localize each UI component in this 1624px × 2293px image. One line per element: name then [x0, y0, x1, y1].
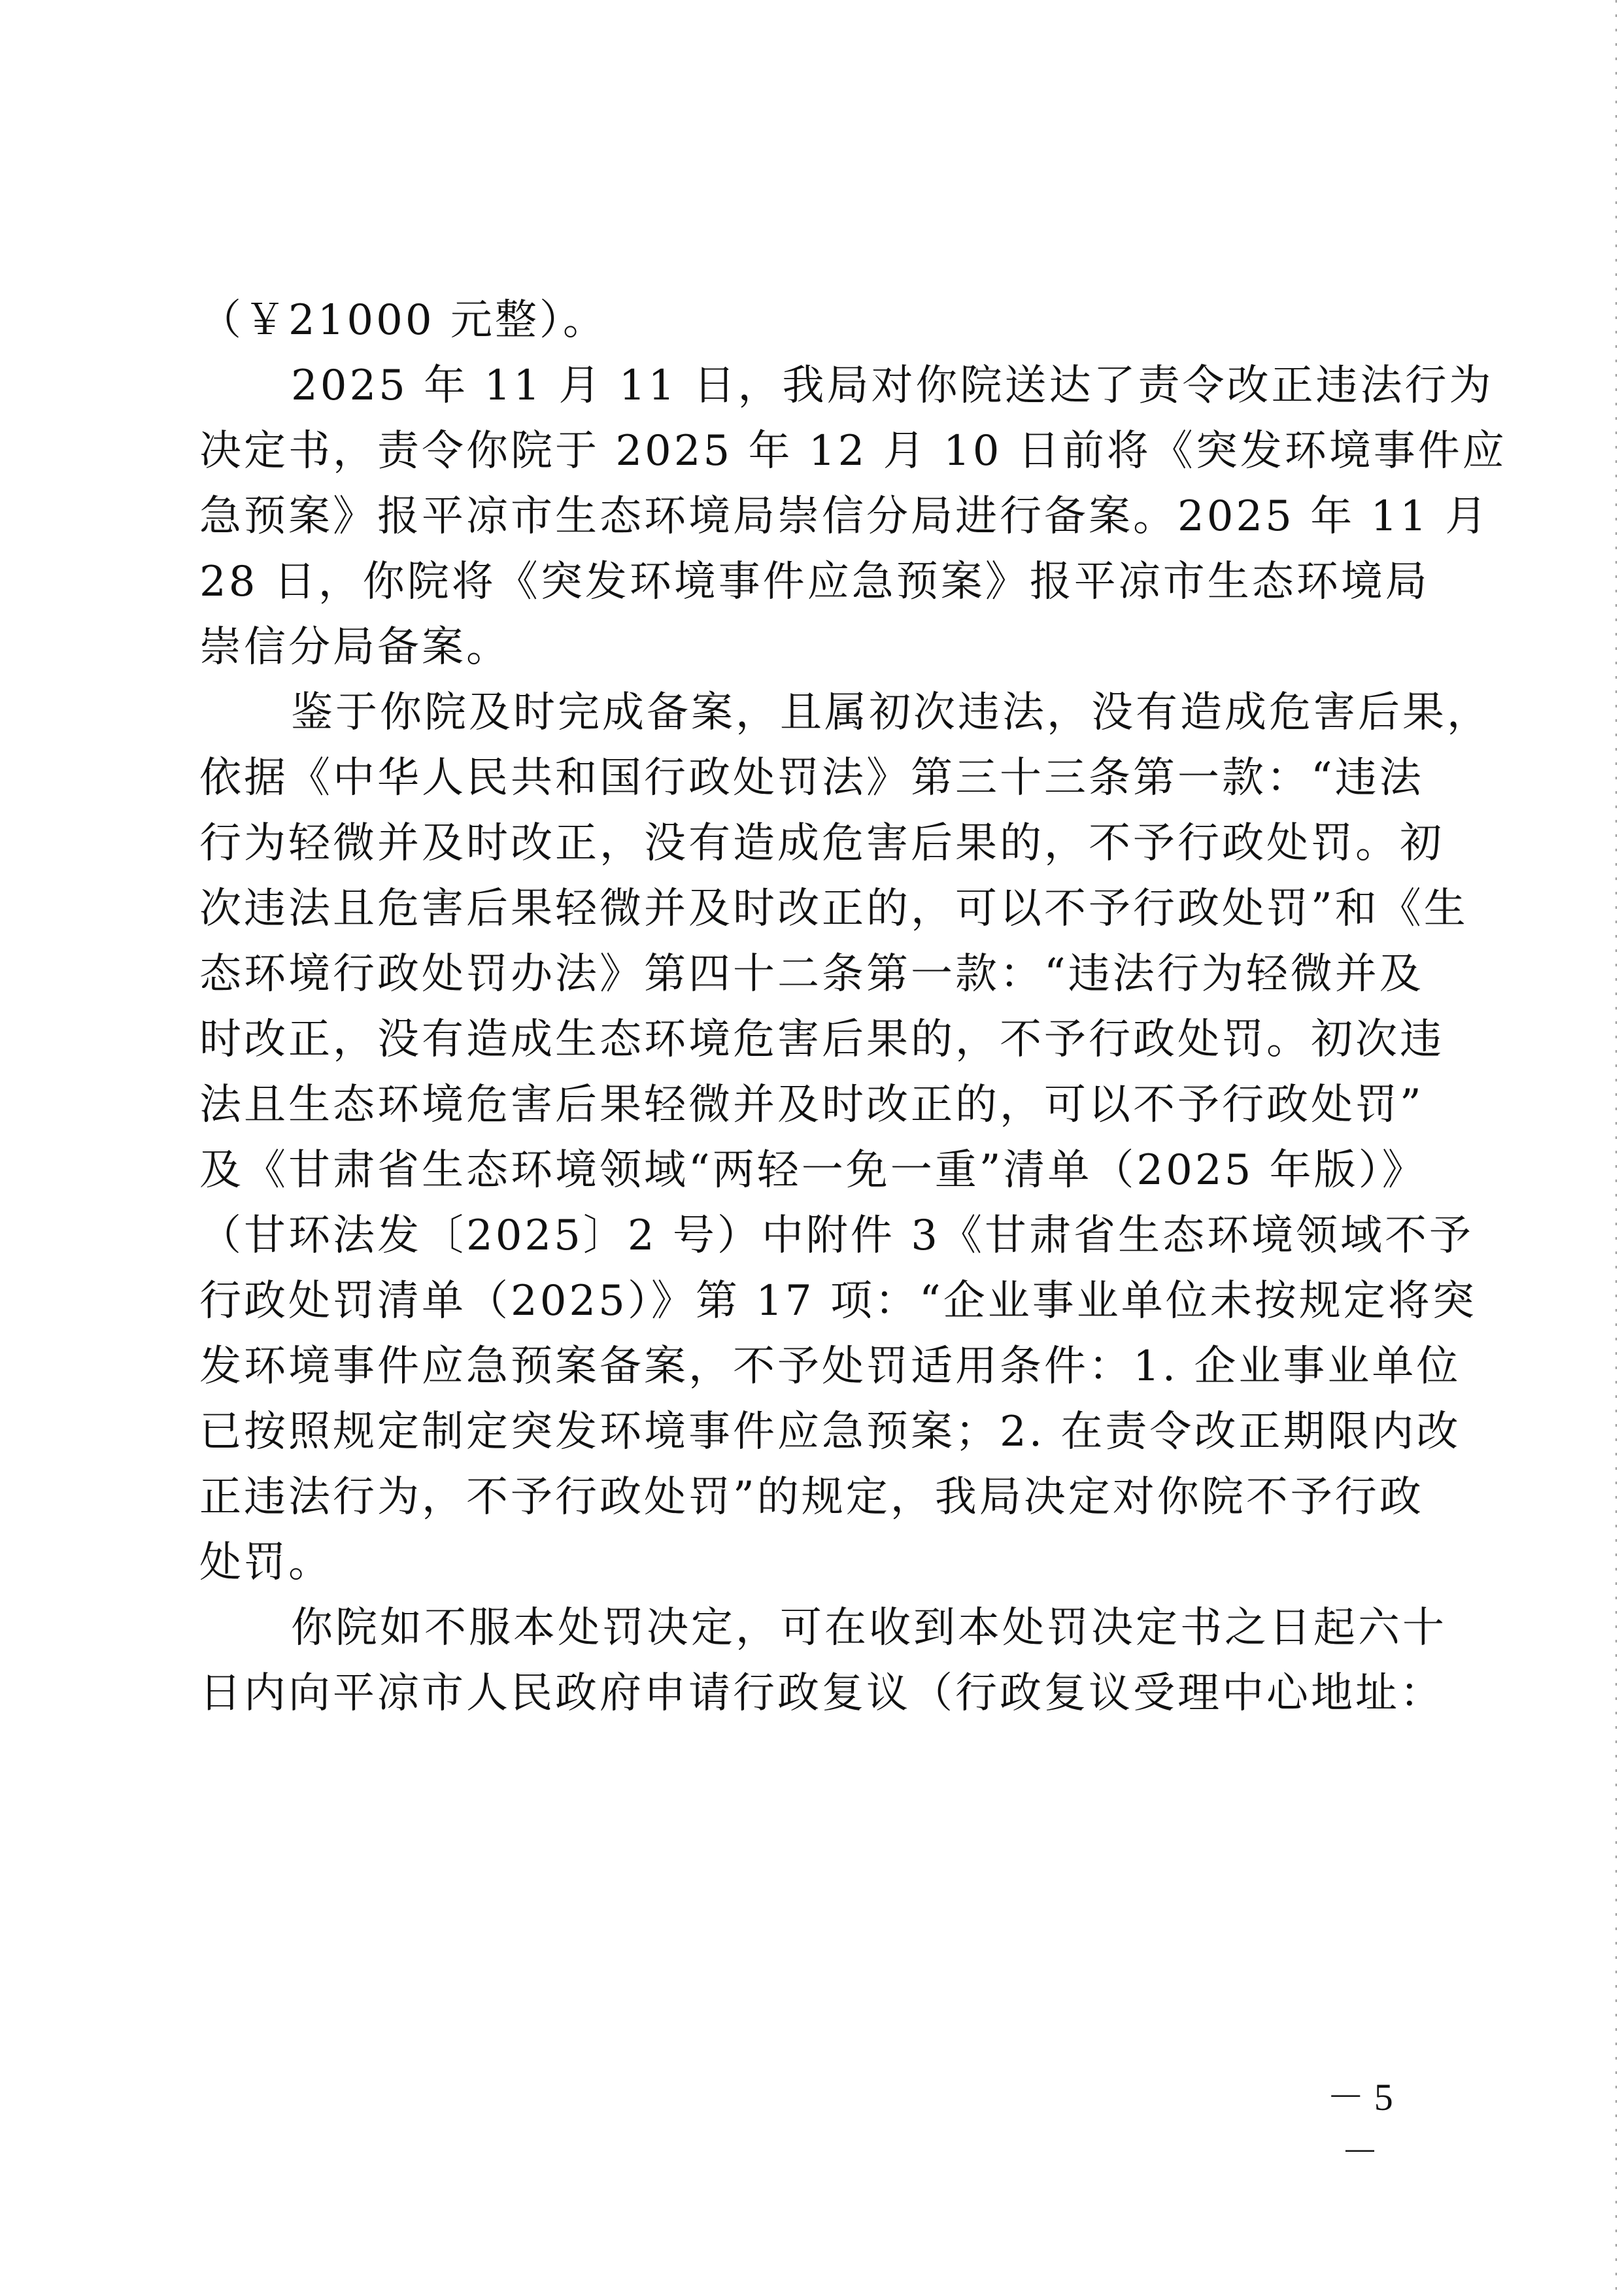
paragraph-rectification-notice: 2025 年 11 月 11 日，我局对你院送达了责令改正违法行为 决定书，责令… [199, 353, 1402, 680]
text-line: 决定书，责令你院于 2025 年 12 月 10 日前将《突发环境事件应 [199, 418, 1402, 484]
text-line: 发环境事件应急预案备案，不予处罚适用条件：1. 企业事业单位 [199, 1334, 1402, 1399]
paragraph-appeal-rights: 你院如不服本处罚决定，可在收到本处罚决定书之日起六十 日内向平凉市人民政府申请行… [199, 1595, 1402, 1726]
paragraph-legal-basis: 鉴于你院及时完成备案，且属初次违法，没有造成危害后果， 依据《中华人民共和国行政… [199, 680, 1402, 1595]
text-line: 行政处罚清单（2025）》第 17 项：“企业事业单位未按规定将突 [199, 1268, 1402, 1334]
text-line: 2025 年 11 月 11 日，我局对你院送达了责令改正违法行为 [199, 353, 1402, 418]
text-line: 及《甘肃省生态环境领域“两轻一免一重”清单（2025 年版）》 [199, 1138, 1402, 1203]
text-line: 已按照规定制定突发环境事件应急预案；2. 在责令改正期限内改 [199, 1399, 1402, 1465]
binding-dotted-line [1616, 0, 1617, 2293]
text-line: 急预案》报平凉市生态环境局崇信分局进行备案。2025 年 11 月 [199, 484, 1402, 549]
text-line: 崇信分局备案。 [199, 615, 1402, 680]
paragraph-fine-amount: （￥21000 元整）。 [199, 288, 1402, 353]
text-line: 法且生态环境危害后果轻微并及时改正的，可以不予行政处罚” [199, 1072, 1402, 1138]
document-page: （￥21000 元整）。 2025 年 11 月 11 日，我局对你院送达了责令… [0, 0, 1624, 2293]
text-line: 行为轻微并及时改正，没有造成危害后果的，不予行政处罚。初 [199, 811, 1402, 876]
text-line: （￥21000 元整）。 [199, 288, 1402, 353]
page-number: － 5 － [1308, 2066, 1412, 2176]
text-line: 时改正，没有造成生态环境危害后果的，不予行政处罚。初次违 [199, 1007, 1402, 1072]
text-line: 依据《中华人民共和国行政处罚法》第三十三条第一款：“违法 [199, 745, 1402, 811]
text-line: 次违法且危害后果轻微并及时改正的，可以不予行政处罚”和《生 [199, 876, 1402, 942]
text-line: 正违法行为，不予行政处罚”的规定，我局决定对你院不予行政 [199, 1465, 1402, 1530]
text-line: 鉴于你院及时完成备案，且属初次违法，没有造成危害后果， [199, 680, 1402, 745]
text-line: （甘环法发〔2025〕2 号）中附件 3《甘肃省生态环境领域不予 [199, 1203, 1402, 1268]
document-body: （￥21000 元整）。 2025 年 11 月 11 日，我局对你院送达了责令… [199, 288, 1402, 1726]
text-line: 日内向平凉市人民政府申请行政复议（行政复议受理中心地址： [199, 1661, 1402, 1726]
text-line: 态环境行政处罚办法》第四十二条第一款：“违法行为轻微并及 [199, 942, 1402, 1007]
text-line: 你院如不服本处罚决定，可在收到本处罚决定书之日起六十 [199, 1595, 1402, 1661]
text-line: 处罚。 [199, 1530, 1402, 1595]
text-line: 28 日，你院将《突发环境事件应急预案》报平凉市生态环境局 [199, 549, 1402, 615]
